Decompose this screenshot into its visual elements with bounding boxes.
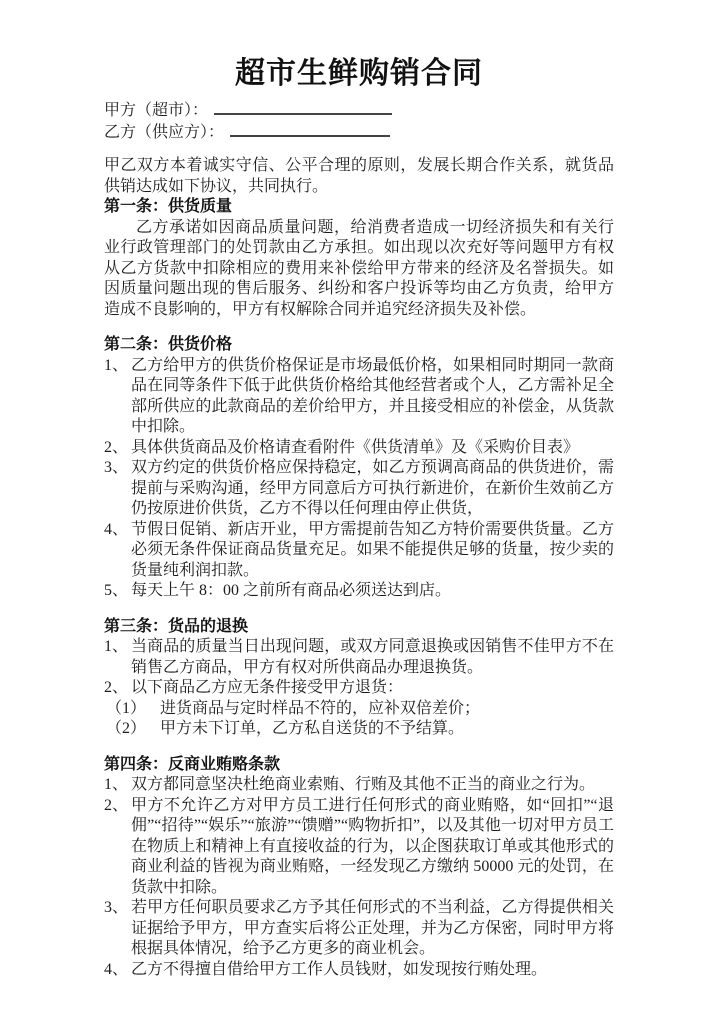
subitem-text: 进货商品与定时样品不符的，应补双倍差价；	[160, 699, 614, 720]
item-marker: 4、	[104, 960, 131, 981]
section-2-item-3: 3、 双方约定的供货价格应保持稳定，如乙方预调高商品的供货进价，需提前与采购沟通…	[104, 458, 614, 520]
item-marker: 2、	[104, 438, 131, 459]
party-a-line: 甲方（超市）：	[104, 100, 614, 122]
item-text: 双方都同意坚决杜绝商业索贿、行贿及其他不正当的商业之行为。	[131, 775, 614, 796]
item-marker: 3、	[104, 458, 131, 479]
section-2-item-2: 2、 具体供货商品及价格请查看附件《供货清单》及《采购价目表》	[104, 438, 614, 459]
section-3-item-2: 2、 以下商品乙方应无条件接受甲方退货：	[104, 678, 614, 699]
section-1-paragraph: 乙方承诺如因商品质量问题，给消费者造成一切经济损失和有关行业行政管理部门的处罚款…	[104, 218, 614, 321]
party-b-line: 乙方（供应方）：	[104, 122, 614, 144]
subitem-text: 甲方未下订单，乙方私自送货的不予结算。	[160, 719, 614, 740]
subitem-marker: （1）	[106, 699, 160, 720]
contract-document: 超市生鲜购销合同 甲方（超市）： 乙方（供应方）： 甲乙双方本着诚实守信、公平合…	[0, 0, 720, 1017]
subitem-marker: （2）	[106, 719, 160, 740]
item-text: 具体供货商品及价格请查看附件《供货清单》及《采购价目表》	[131, 438, 614, 459]
section-4-item-1: 1、 双方都同意坚决杜绝商业索贿、行贿及其他不正当的商业之行为。	[104, 775, 614, 796]
item-text: 节假日促销、新店开业，甲方需提前告知乙方特价需要供货量。乙方必须无条件保证商品货…	[131, 520, 614, 582]
intro-paragraph: 甲乙双方本着诚实守信、公平合理的原则，发展长期合作关系，就货品供销达成如下协议，…	[104, 156, 614, 197]
item-text: 每天上午 8：00 之前所有商品必须送达到店。	[131, 581, 614, 602]
item-text: 甲方不允许乙方对甲方员工进行任何形式的商业贿赂，如“回扣”“退佣”“招待”“娱乐…	[131, 796, 614, 899]
item-text: 双方约定的供货价格应保持稳定，如乙方预调高商品的供货进价，需提前与采购沟通，经甲…	[131, 458, 614, 520]
section-4-item-3: 3、 若甲方任何职员要求乙方予其任何形式的不当利益，乙方得提供相关证据给予甲方，…	[104, 898, 614, 960]
item-marker: 4、	[104, 520, 131, 541]
item-marker: 2、	[104, 678, 131, 699]
party-a-blank-field	[214, 100, 392, 115]
item-text: 乙方不得擅自借给甲方工作人员钱财，如发现按行贿处理。	[131, 960, 614, 981]
section-3-heading: 第三条：货品的退换	[104, 617, 614, 638]
section-1-heading: 第一条：供货质量	[104, 197, 614, 218]
item-text: 若甲方任何职员要求乙方予其任何形式的不当利益，乙方得提供相关证据给予甲方，甲方查…	[131, 898, 614, 960]
item-marker: 5、	[104, 581, 131, 602]
section-3-subitem-2: （2） 甲方未下订单，乙方私自送货的不予结算。	[104, 719, 614, 740]
section-4-item-2: 2、 甲方不允许乙方对甲方员工进行任何形式的商业贿赂，如“回扣”“退佣”“招待”…	[104, 796, 614, 899]
section-2-item-1: 1、 乙方给甲方的供货价格保证是市场最低价格，如果相同时期同一款商品在同等条件下…	[104, 356, 614, 438]
section-2-item-5: 5、 每天上午 8：00 之前所有商品必须送达到店。	[104, 581, 614, 602]
item-text: 乙方给甲方的供货价格保证是市场最低价格，如果相同时期同一款商品在同等条件下低于此…	[131, 356, 614, 438]
party-b-label: 乙方（供应方）：	[104, 124, 224, 141]
item-text: 当商品的质量当日出现问题，或双方同意退换或因销售不佳甲方不在销售乙方商品，甲方有…	[131, 637, 614, 678]
party-a-label: 甲方（超市）：	[104, 102, 208, 119]
item-marker: 1、	[104, 637, 131, 658]
item-marker: 1、	[104, 356, 131, 377]
item-text: 以下商品乙方应无条件接受甲方退货：	[131, 678, 614, 699]
section-3-subitem-1: （1） 进货商品与定时样品不符的，应补双倍差价；	[104, 699, 614, 720]
item-marker: 2、	[104, 796, 131, 817]
section-4-heading: 第四条：反商业贿赂条款	[104, 755, 614, 776]
party-b-blank-field	[230, 122, 390, 137]
section-4-item-4: 4、 乙方不得擅自借给甲方工作人员钱财，如发现按行贿处理。	[104, 960, 614, 981]
page-title: 超市生鲜购销合同	[104, 56, 614, 92]
section-3-item-1: 1、 当商品的质量当日出现问题，或双方同意退换或因销售不佳甲方不在销售乙方商品，…	[104, 637, 614, 678]
item-marker: 1、	[104, 775, 131, 796]
item-marker: 3、	[104, 898, 131, 919]
section-2-heading: 第二条：供货价格	[104, 335, 614, 356]
section-2-item-4: 4、 节假日促销、新店开业，甲方需提前告知乙方特价需要供货量。乙方必须无条件保证…	[104, 520, 614, 582]
